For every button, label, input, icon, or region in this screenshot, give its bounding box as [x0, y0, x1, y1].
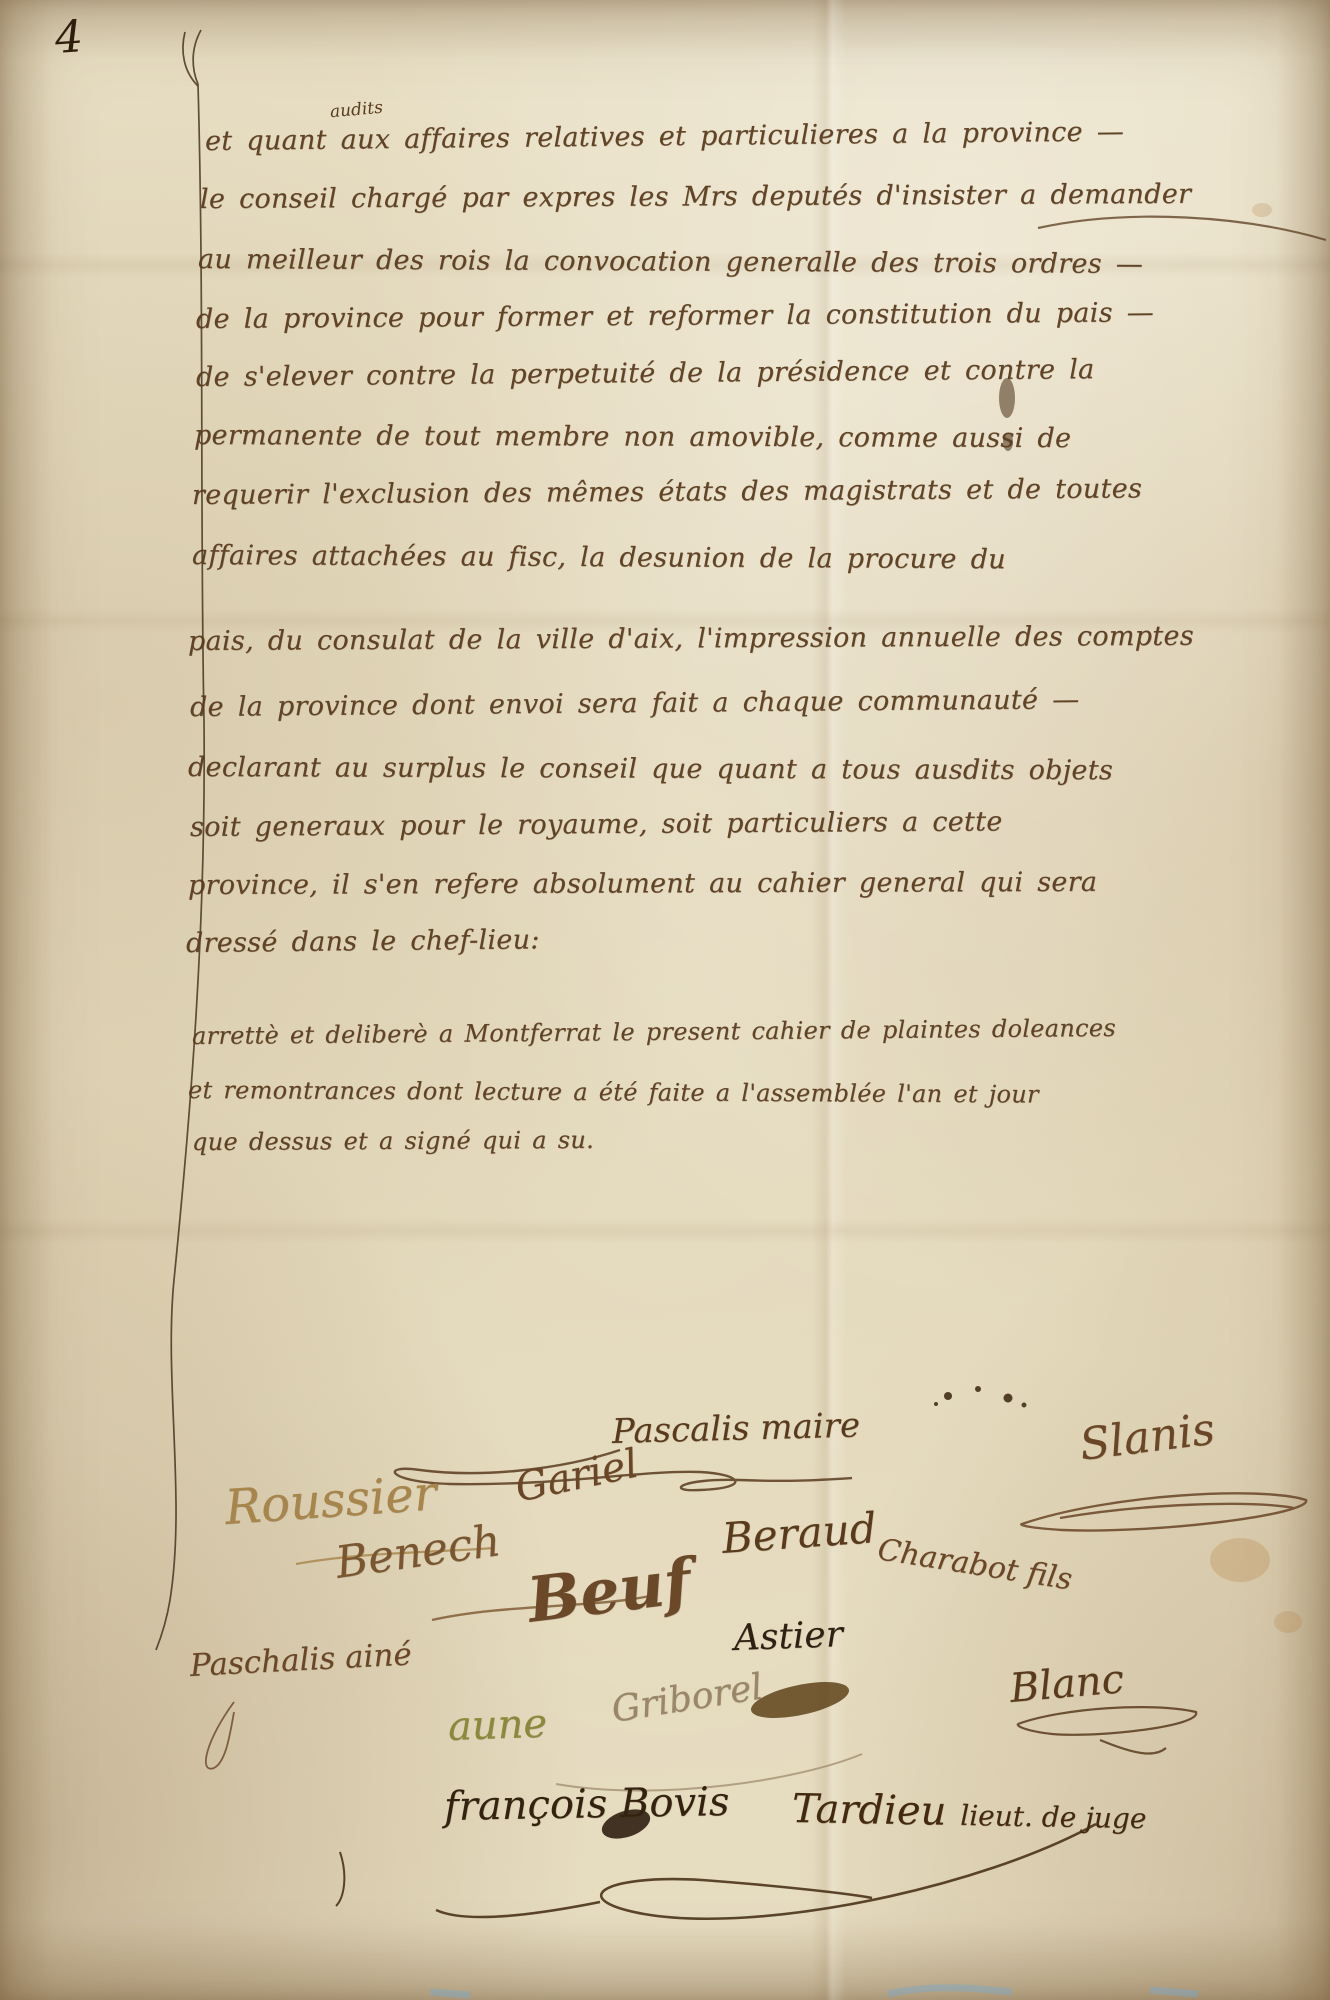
ink-spatter: [934, 1386, 1027, 1408]
slanis-flourish: [1021, 1493, 1306, 1530]
signature-slanis: Slanis: [1077, 1404, 1218, 1471]
signature-beraud: Beraud: [720, 1503, 878, 1563]
signature-paschalis-aine: Paschalis ainé: [189, 1636, 413, 1684]
manuscript-line: affaires attachées au fisc, la desunion …: [192, 540, 1006, 575]
interline-insertion: audits: [329, 98, 384, 123]
manuscript-line: soit generaux pour le royaume, soit part…: [190, 806, 1003, 843]
manuscript-line: au meilleur des rois la convocation gene…: [198, 244, 1143, 280]
signature-roussier: Roussier: [223, 1465, 438, 1536]
signature-tardieu-title: lieut. de juge: [960, 1799, 1147, 1835]
signature-aune: aune: [447, 1701, 548, 1750]
manuscript-line: de la province pour former et reformer l…: [196, 297, 1154, 335]
tardieu-flourish: [336, 1824, 1096, 1919]
manuscript-line: pais, du consulat de la ville d'aix, l'i…: [188, 621, 1194, 657]
manuscript-line: permanente de tout membre non amovible, …: [194, 420, 1071, 454]
page-number: 4: [53, 11, 84, 64]
manuscript-line: et quant aux affaires relatives et parti…: [205, 116, 1124, 157]
signature-tardieu-name: Tardieu: [792, 1786, 947, 1835]
signature-blanc: Blanc: [1008, 1656, 1126, 1712]
manuscript-line: le conseil chargé par expres les Mrs dep…: [200, 179, 1191, 215]
horizontal-crease: [0, 1218, 1330, 1244]
blanc-flourish: [1018, 1707, 1197, 1753]
manuscript-line: dressé dans le chef-lieu:: [186, 924, 540, 959]
rust-stain: [1210, 203, 1302, 1633]
manuscript-line: de s'elever contre la perpetuité de la p…: [196, 354, 1095, 393]
signature-francois-bovis: françois Bovis: [444, 1779, 730, 1830]
manuscript-line: de la province dont envoi sera fait a ch…: [190, 684, 1080, 723]
signature-tardieu: Tardieulieut. de juge: [792, 1786, 1147, 1838]
signature-beuf: Beuf: [524, 1544, 695, 1636]
signature-griborel: Griborel: [609, 1666, 766, 1730]
manuscript-page: 4 audits et quant aux affaires relatives…: [0, 0, 1330, 2000]
manuscript-line: requerir l'exclusion des mêmes états des…: [192, 473, 1142, 511]
blue-marks: [430, 1988, 1198, 1995]
paschalis-descender: [206, 1702, 234, 1769]
signature-pascalis-maire: Pascalis maire: [611, 1406, 860, 1452]
pen-sweep: [1038, 217, 1326, 240]
manuscript-line: province, il s'en refere absolument au c…: [188, 867, 1097, 901]
closing-line: arrettè et deliberè a Montferrat le pres…: [192, 1014, 1116, 1050]
signature-charabot-fils: Charabot fils: [875, 1532, 1074, 1597]
closing-line: que dessus et a signé qui a su.: [192, 1126, 594, 1156]
signature-gariel: Gariel: [511, 1441, 642, 1512]
signature-astier: Astier: [733, 1614, 843, 1659]
manuscript-line: declarant au surplus le conseil que quan…: [188, 752, 1113, 786]
closing-line: et remontrances dont lecture a été faite…: [188, 1076, 1039, 1108]
